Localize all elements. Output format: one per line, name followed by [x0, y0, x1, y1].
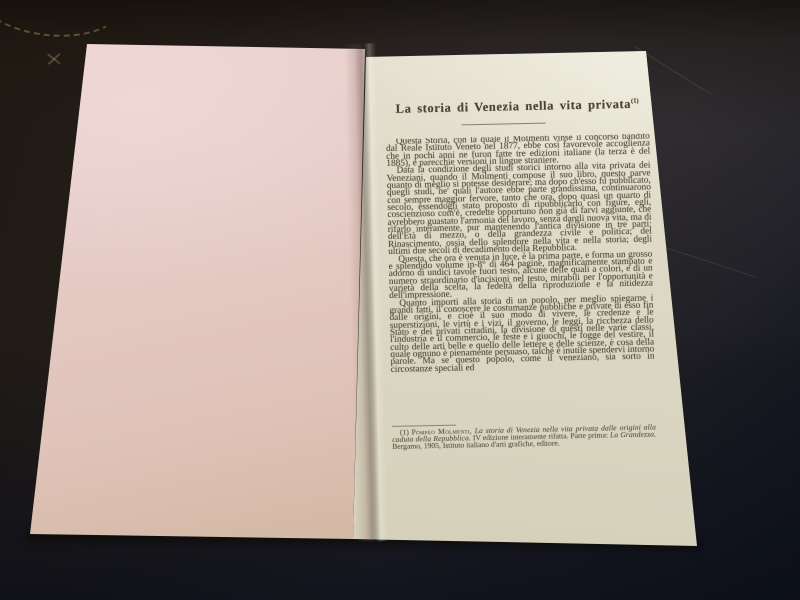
paragraph: Quanto importi alla storia di un popolo,…	[389, 295, 654, 374]
title-divider-rule	[462, 123, 546, 126]
photo-of-open-booklet: La storia di Venezia nella vita privata(…	[0, 0, 800, 600]
paragraph: Data la condizione degli studi storici i…	[386, 163, 652, 257]
page-title-text: La storia di Venezia nella vita privata	[396, 97, 632, 116]
printed-text-block: La storia di Venezia nella vita privata(…	[385, 92, 657, 469]
footnote: (1) Pompeo Molmenti, La storia di Venezi…	[392, 420, 656, 450]
paragraph: Questa, che ora è venuta in luce, è la p…	[388, 251, 653, 301]
footnote-text: (1) Pompeo Molmenti, La storia di Venezi…	[392, 424, 656, 450]
footnote-reference-marker: (1)	[631, 98, 639, 105]
body-text: Questa Storia, con la quale il Molmenti …	[386, 133, 656, 414]
page-title: La storia di Venezia nella vita privata(…	[385, 96, 649, 117]
footnote-part-title: La Grandezza.	[610, 429, 656, 439]
